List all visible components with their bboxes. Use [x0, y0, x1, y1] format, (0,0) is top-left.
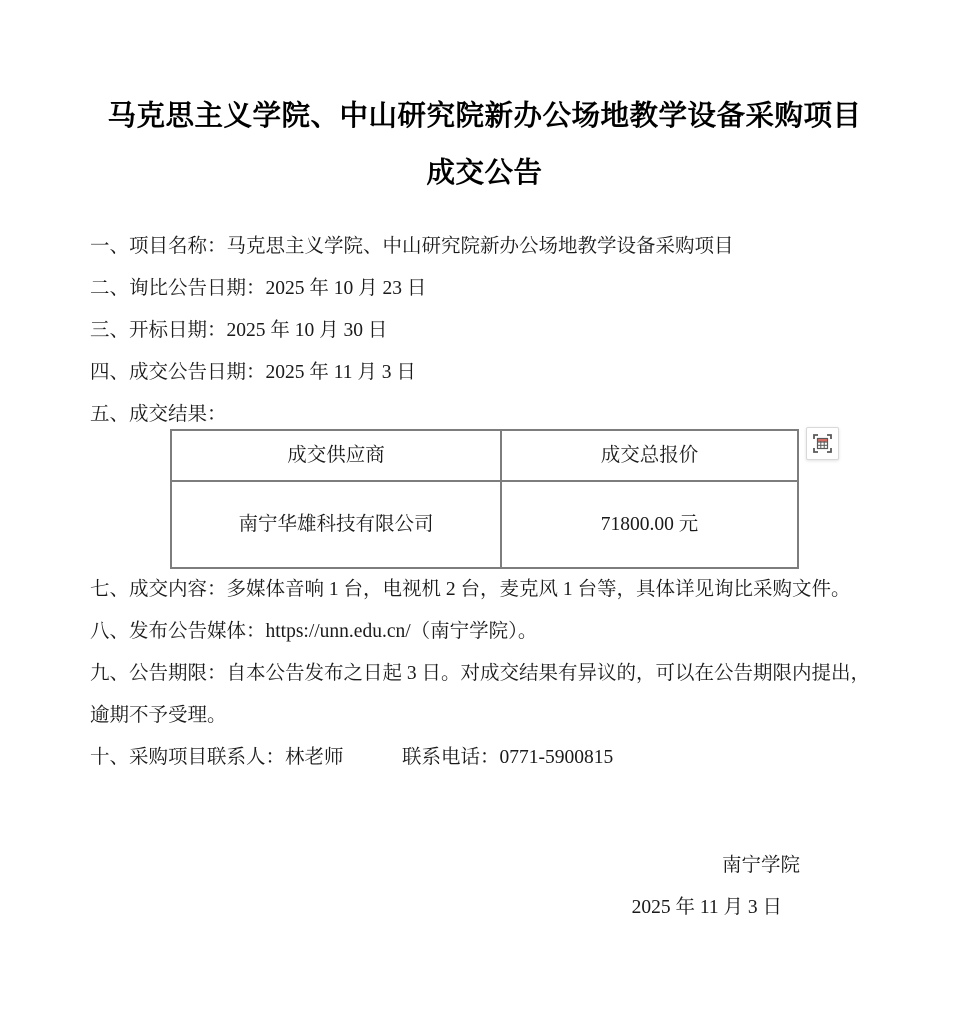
- signature-date: 2025 年 11 月 3 日: [90, 887, 881, 929]
- signature-organization: 南宁学院: [90, 845, 881, 887]
- table-select-icon: [812, 433, 833, 454]
- item-inquiry-announcement-date: 二、询比公告日期：2025 年 10 月 23 日: [90, 268, 881, 310]
- award-result-table-area: 成交供应商 成交总报价 南宁华雄科技有限公司 71800.00 元: [90, 429, 881, 569]
- item-publish-media: 八、发布公告媒体：https://unn.edu.cn/（南宁学院）。: [90, 611, 881, 653]
- document-title-line2: 成交公告: [50, 145, 919, 202]
- item-contact-info: 十、采购项目联系人：林老师 联系电话：0771-5900815: [90, 737, 881, 779]
- item-project-name: 一、项目名称：马克思主义学院、中山研究院新办公场地教学设备采购项目: [90, 226, 881, 268]
- cell-total-price: 71800.00 元: [501, 481, 798, 568]
- cell-supplier-name: 南宁华雄科技有限公司: [171, 481, 501, 568]
- header-total-price: 成交总报价: [501, 430, 798, 481]
- item-bid-opening-date: 三、开标日期：2025 年 10 月 30 日: [90, 310, 881, 352]
- award-result-table: 成交供应商 成交总报价 南宁华雄科技有限公司 71800.00 元: [170, 429, 799, 569]
- table-header-row: 成交供应商 成交总报价: [171, 430, 798, 481]
- document-title: 马克思主义学院、中山研究院新办公场地教学设备采购项目 成交公告: [0, 88, 969, 202]
- announcement-document-page: 马克思主义学院、中山研究院新办公场地教学设备采购项目 成交公告 一、项目名称：马…: [0, 0, 969, 1023]
- document-body: 一、项目名称：马克思主义学院、中山研究院新办公场地教学设备采购项目 二、询比公告…: [0, 226, 969, 929]
- item-award-announcement-date: 四、成交公告日期：2025 年 11 月 3 日: [90, 352, 881, 394]
- table-row: 南宁华雄科技有限公司 71800.00 元: [171, 481, 798, 568]
- item-award-content: 七、成交内容：多媒体音响 1 台，电视机 2 台，麦克风 1 台等，具体详见询比…: [90, 569, 881, 611]
- table-select-button[interactable]: [806, 427, 839, 460]
- header-supplier: 成交供应商: [171, 430, 501, 481]
- item-announcement-period: 九、公告期限：自本公告发布之日起 3 日。对成交结果有异议的，可以在公告期限内提…: [90, 653, 881, 737]
- signature-block: 南宁学院 2025 年 11 月 3 日: [90, 845, 881, 929]
- document-title-line1: 马克思主义学院、中山研究院新办公场地教学设备采购项目: [50, 88, 919, 145]
